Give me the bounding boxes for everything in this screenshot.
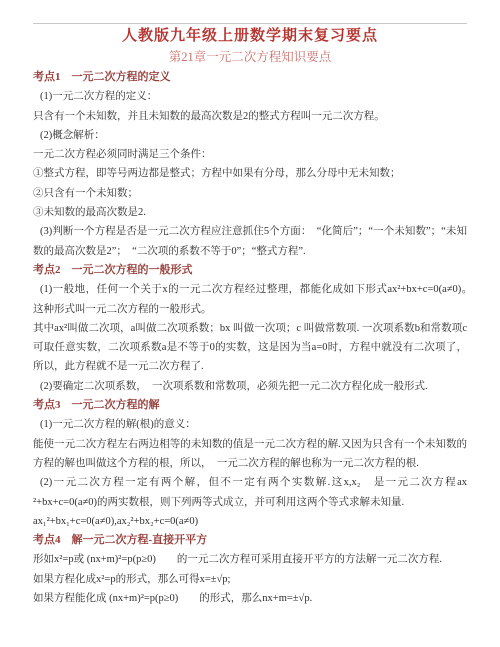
paragraph: 如果方程化成x²=p的形式，那么可得x=±√p; bbox=[33, 570, 467, 589]
paragraph: (2)一元二次方程一定有两个解，但不一定有两个实数解.这x,x₂ 是一元二次方程… bbox=[33, 473, 467, 512]
paragraph: 能使一元二次方程左右两边相等的未知数的值是一元二次方程的解.又因为只含有一个未知… bbox=[33, 435, 467, 474]
paragraph: 一元二次方程必须同时满足三个条件： bbox=[33, 145, 467, 164]
paragraph: 如果方程能化成 (nx+m)²=p(p≥0) 的形式，那么nx+m=±√p. bbox=[33, 589, 467, 608]
list-item-condition-1: ①整式方程，即等号两边都是整式；方程中如果有分母，那么分母中无未知数； bbox=[33, 164, 467, 183]
paragraph: 只含有一个未知数，并且未知数的最高次数是2的整式方程叫一元二次方程。 bbox=[33, 107, 467, 126]
document-page: 人教版九年级上册数学期末复习要点 第21章一元二次方程知识要点 考点1 一元二次… bbox=[0, 0, 500, 647]
section-heading-3: 考点3 一元二次方程的解 bbox=[33, 396, 467, 415]
paragraph: 其中ax²叫做二次项，a叫做二次项系数；bx 叫做一次项；c 叫做常数项. 一次… bbox=[33, 319, 467, 377]
chapter-subtitle: 第21章一元二次方程知识要点 bbox=[0, 50, 500, 64]
paragraph: (1)一元二次方程的定义： bbox=[33, 87, 467, 106]
paragraph: (2)要确定二次项系数， 一次项系数和常数项，必须先把一元二次方程化成一般形式. bbox=[33, 377, 467, 396]
document-body: 考点1 一元二次方程的定义 (1)一元二次方程的定义： 只含有一个未知数，并且未… bbox=[33, 68, 467, 608]
section-heading-1: 考点1 一元二次方程的定义 bbox=[33, 68, 467, 87]
formula-line: ax₁²+bx₁+c=0(a≠0),ax₂²+bx₂+c=0(a≠0) bbox=[33, 512, 467, 531]
paragraph: 形如x²=p或 (nx+m)²=p(p≥0) 的一元二次方程可采用直接开平方的方… bbox=[33, 550, 467, 569]
section-heading-2: 考点2 一元二次方程的一般形式 bbox=[33, 261, 467, 280]
list-item-condition-2: ②只含有一个未知数； bbox=[33, 184, 467, 203]
paragraph: (3)判断一个方程是否是一元二次方程应注意抓住5个方面： “化简后”；“一个未知… bbox=[33, 222, 467, 261]
paragraph: (1)一元二次方程的解(根)的意义： bbox=[33, 415, 467, 434]
top-divider bbox=[33, 23, 467, 24]
list-item-condition-3: ③未知数的最高次数是2. bbox=[33, 203, 467, 222]
paragraph: (1)一般地，任何一个关于x的一元二次方程经过整理，都能化成如下形式ax²+bx… bbox=[33, 280, 467, 319]
paragraph: (2)概念解析： bbox=[33, 126, 467, 145]
section-heading-4: 考点4 解一元二次方程-直接开平方 bbox=[33, 531, 467, 550]
